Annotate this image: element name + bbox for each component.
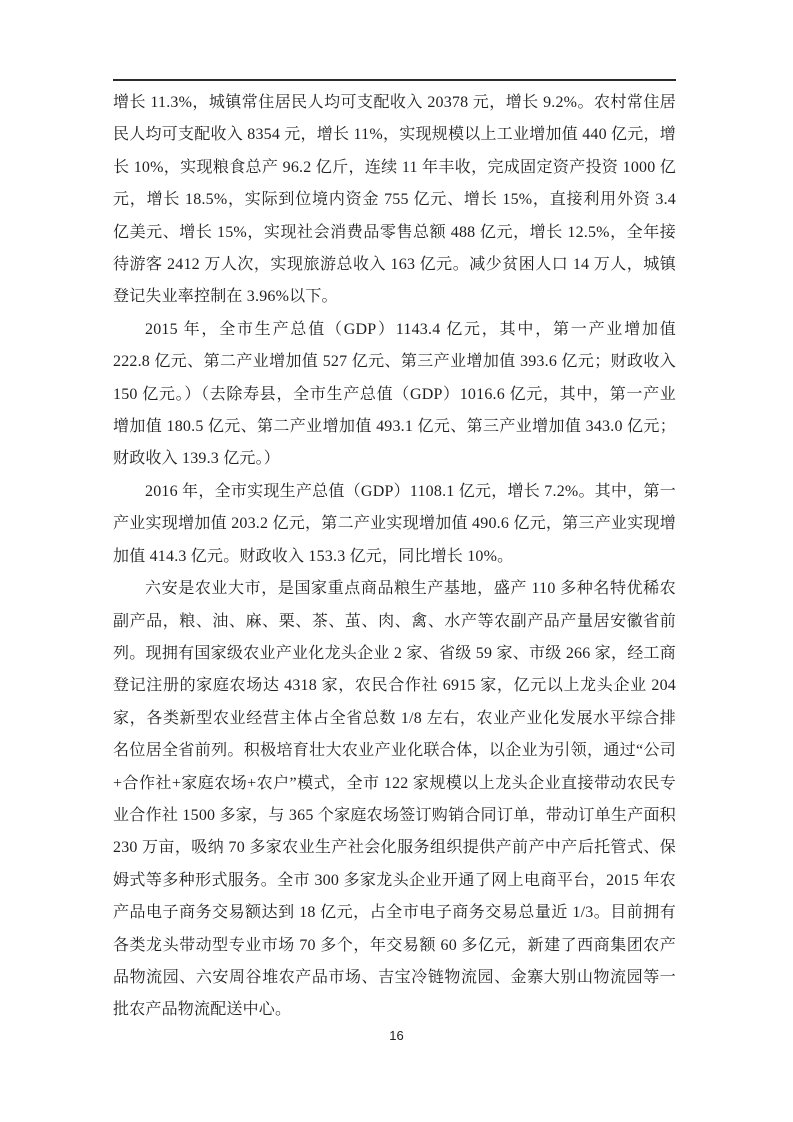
header-divider bbox=[113, 79, 676, 81]
paragraph-2015-gdp: 2015 年，全市生产总值（GDP）1143.4 亿元，其中，第一产业增加值 2… bbox=[113, 314, 676, 476]
paragraph-agriculture: 六安是农业大市，是国家重点商品粮生产基地，盛产 110 多种名特优稀农副产品，粮… bbox=[113, 573, 676, 1027]
page-number: 16 bbox=[0, 1028, 793, 1043]
document-page: 增长 11.3%，城镇常住居民人均可支配收入 20378 元，增长 9.2%。农… bbox=[0, 0, 793, 1122]
paragraph-continuation: 增长 11.3%，城镇常住居民人均可支配收入 20378 元，增长 9.2%。农… bbox=[113, 87, 676, 314]
document-body: 增长 11.3%，城镇常住居民人均可支配收入 20378 元，增长 9.2%。农… bbox=[113, 87, 676, 1027]
paragraph-2016-gdp: 2016 年，全市实现生产总值（GDP）1108.1 亿元，增长 7.2%。其中… bbox=[113, 476, 676, 573]
